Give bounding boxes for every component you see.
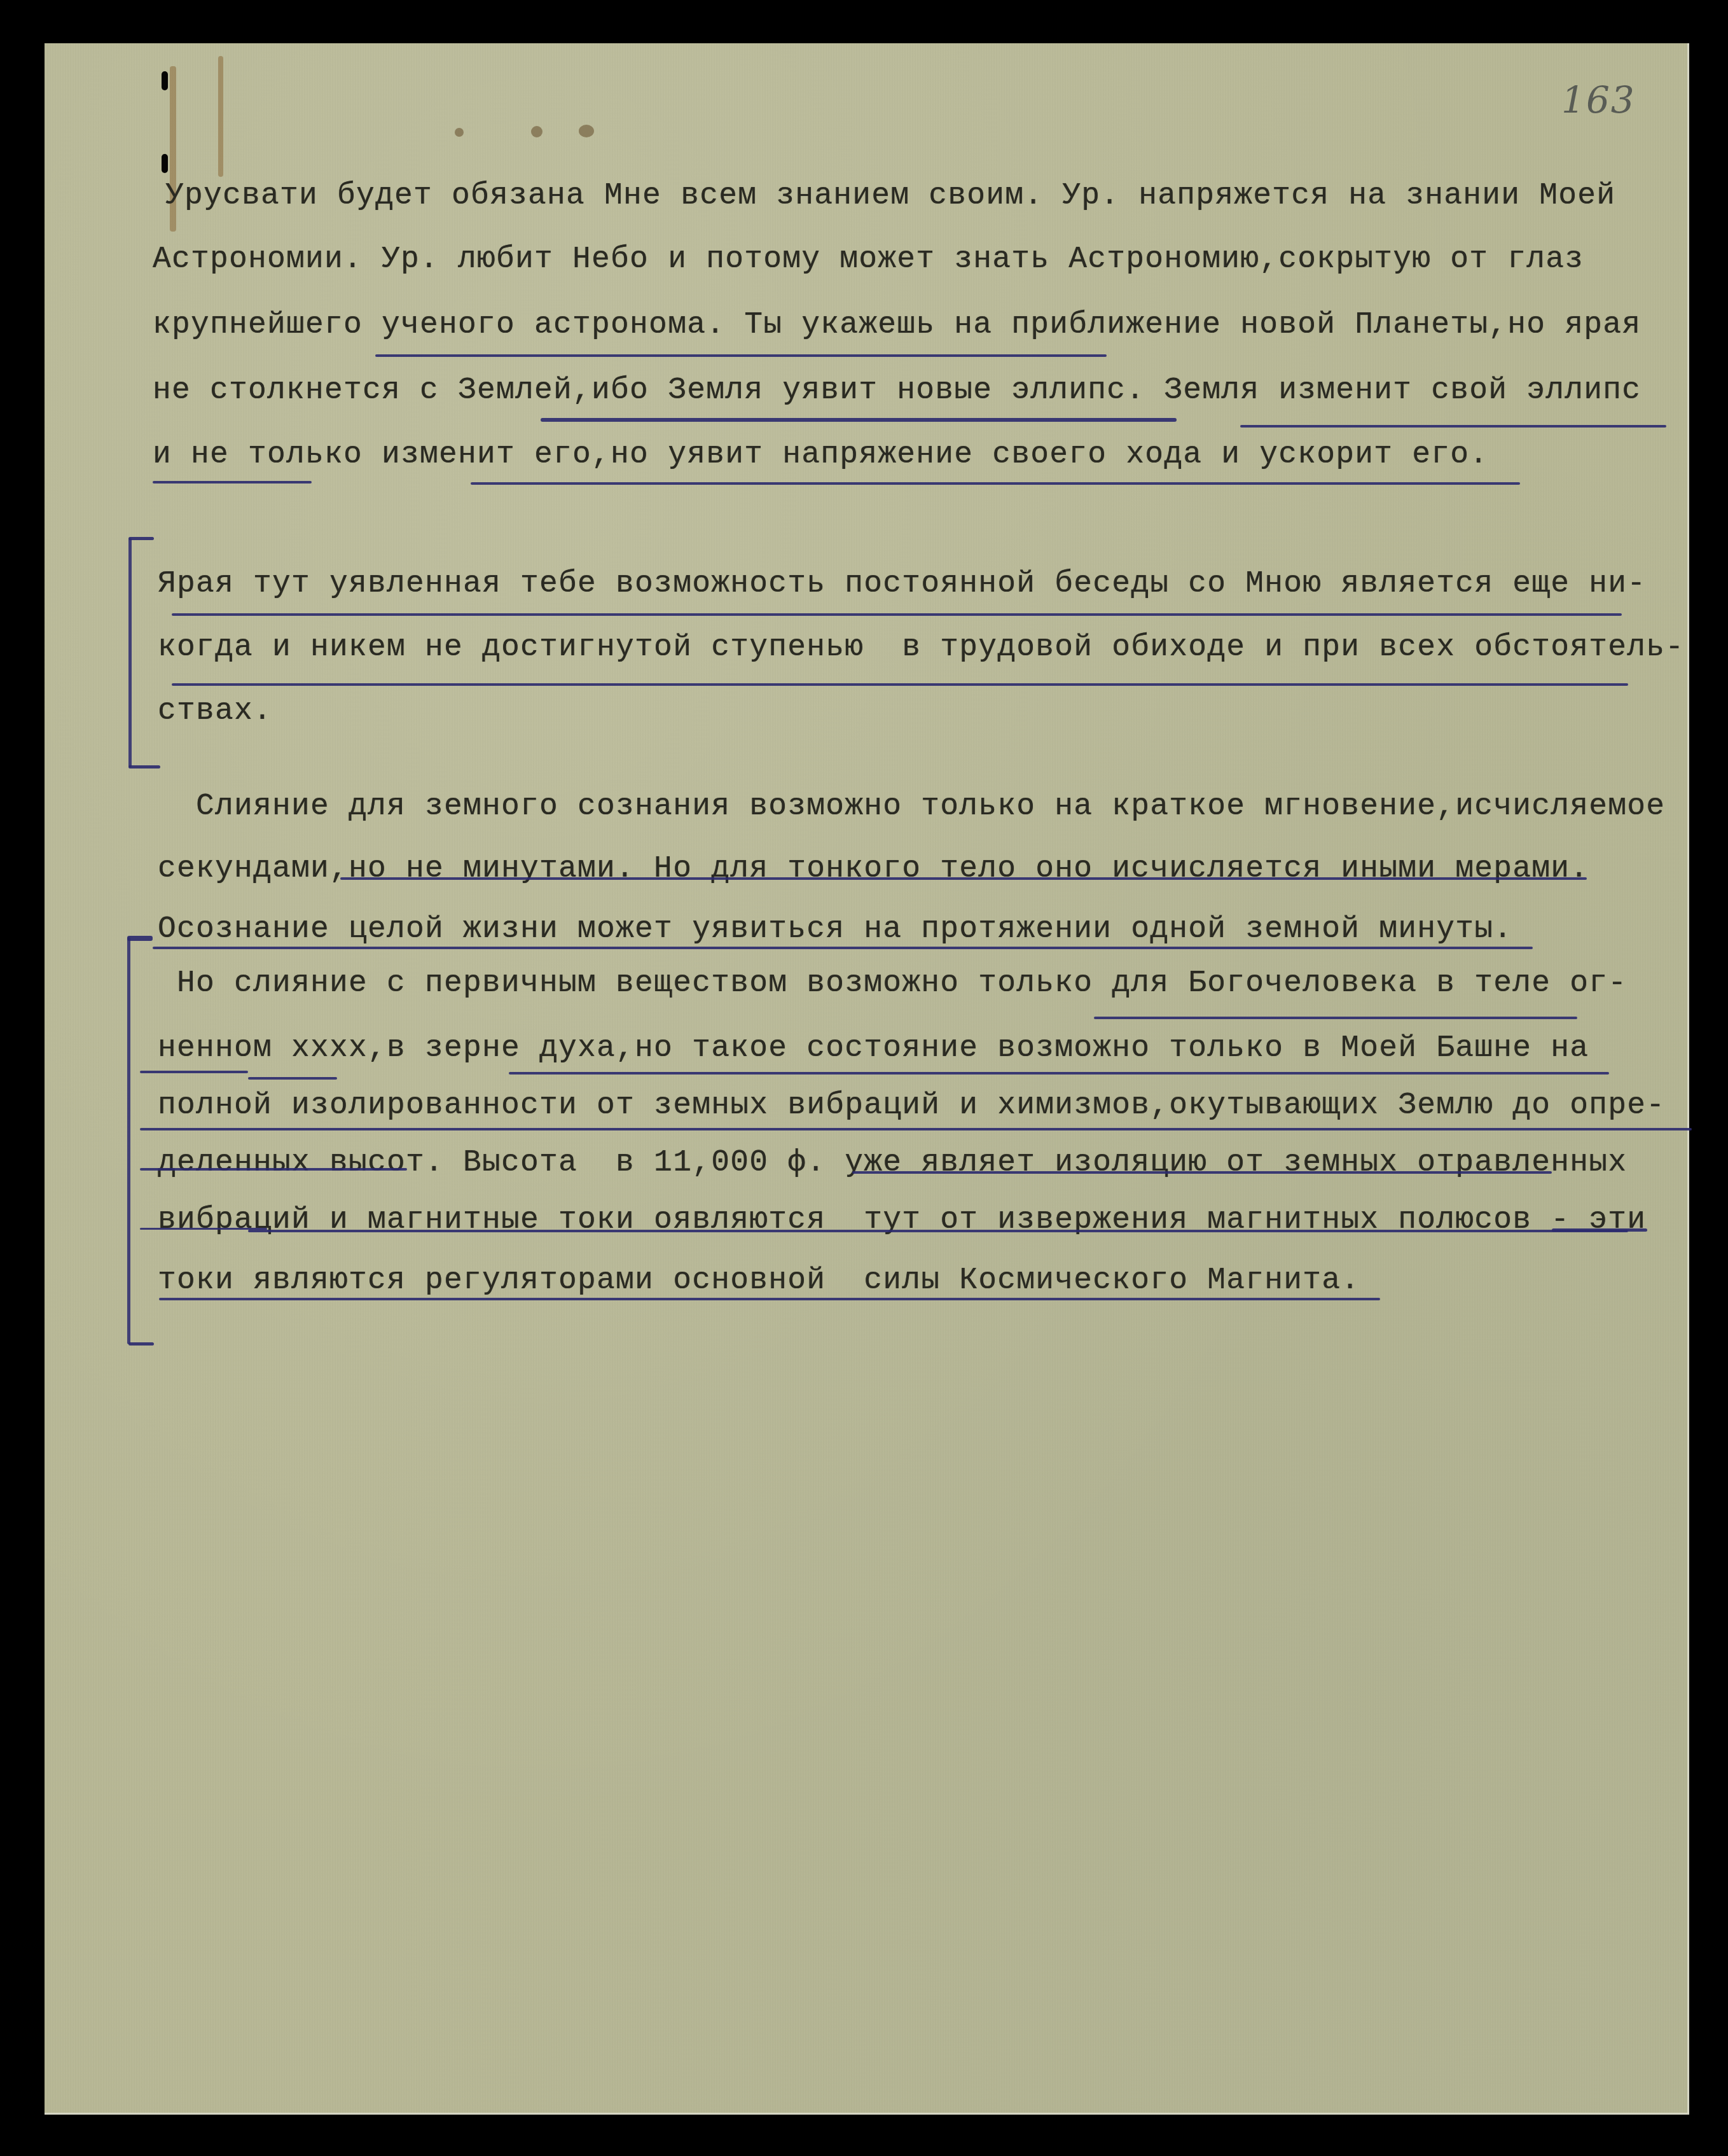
pen-underline (340, 877, 1587, 880)
pen-underline (852, 1171, 1552, 1174)
pen-underline (128, 537, 154, 540)
pen-underline (541, 418, 1177, 422)
stain-dot (455, 128, 464, 137)
text-line: деленных высот. Высота в 11,000 ф. уже я… (158, 1144, 1627, 1182)
pen-underline (248, 1077, 337, 1080)
pen-underline (172, 683, 1628, 686)
text-line: полной изолированности от земных вибраци… (158, 1087, 1665, 1125)
pen-underline (153, 481, 312, 483)
text-line: токи являются регуляторами основной силы… (158, 1262, 1360, 1300)
text-line: не столкнется с Землей,ибо Земля уявит н… (153, 372, 1641, 410)
pen-underline (1240, 425, 1666, 428)
pen-underline (140, 1128, 1692, 1130)
text-line: когда и никем не достигнутой ступенью в … (158, 629, 1684, 667)
page-number: 163 (1561, 78, 1636, 122)
pen-underline (128, 1342, 154, 1346)
pen-underline (172, 613, 1622, 616)
pen-underline (159, 1298, 1380, 1300)
pen-underline (1552, 1228, 1647, 1232)
stain-dot (531, 126, 543, 137)
margin-bracket (128, 538, 132, 767)
text-line: ствах. (158, 692, 272, 730)
text-line: секундами,но не минутами. Но для тонкого… (158, 850, 1589, 888)
pen-underline (471, 482, 1520, 485)
text-line: вибраций и магнитные токи оявляются тут … (158, 1201, 1646, 1239)
binding-hole (162, 71, 168, 90)
text-line: ненном хххх,в зерне духа,но такое состоя… (158, 1029, 1589, 1068)
pen-underline (140, 1168, 407, 1171)
binding-hole (162, 154, 168, 173)
text-line: крупнейшего ученого астронома. Ты укажеш… (153, 306, 1641, 344)
text-line: Слияние для земного сознания возможно то… (158, 788, 1665, 826)
text-line: Астрономии. Ур. любит Небо и потому може… (153, 240, 1584, 279)
stain-dot (579, 125, 594, 137)
margin-bracket (127, 937, 130, 1344)
pen-underline (375, 354, 1107, 357)
text-line: Ярая тут уявленная тебе возможность пост… (158, 565, 1646, 603)
pen-underline (153, 947, 1533, 949)
text-line: Урусвати будет обязана Мне всем знанием … (165, 177, 1615, 215)
pen-underline (1094, 1017, 1577, 1019)
pen-underline (128, 765, 160, 769)
text-line: и не только изменит его,но уявит напряже… (153, 436, 1488, 474)
pen-underline (248, 1230, 1628, 1232)
rust-stain (218, 56, 223, 177)
text-line: Осознание целой жизни может уявиться на … (158, 910, 1512, 949)
pen-underline (140, 1071, 248, 1073)
text-line: Но слияние с первичным веществом возможн… (158, 964, 1627, 1003)
document-page: 163 Урусвати будет обязана Мне всем знан… (45, 43, 1689, 2115)
pen-underline (127, 936, 153, 941)
pen-underline (509, 1072, 1609, 1075)
